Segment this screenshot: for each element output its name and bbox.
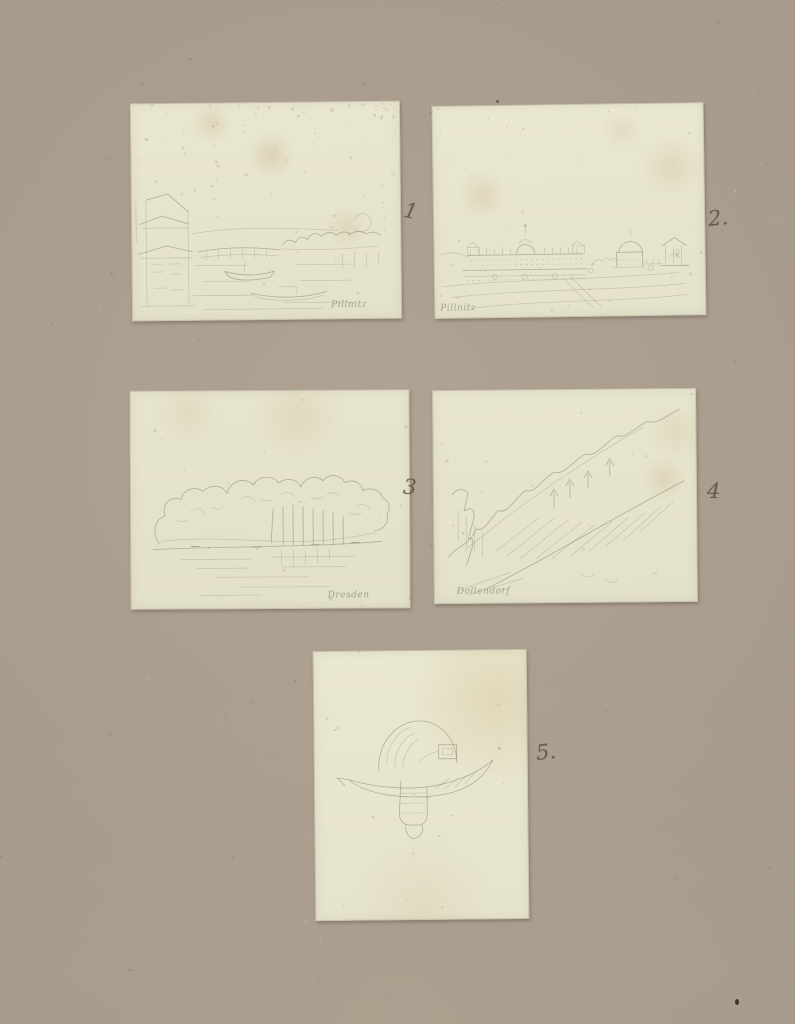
sketch-sheet-3: Dresden bbox=[129, 389, 410, 609]
sketch-2-number: 2. bbox=[707, 207, 729, 230]
sketch-3-caption: Dresden bbox=[328, 591, 370, 600]
sketch-2-caption: Pillnitz bbox=[440, 304, 476, 313]
sketch-sheet-5 bbox=[313, 649, 530, 921]
sketch-1-number: 1 bbox=[402, 200, 419, 223]
sketch-sheet-2: Pillnitz bbox=[432, 102, 707, 319]
sketch-4-drawing bbox=[433, 389, 697, 603]
sketch-4-caption: Dollendorf bbox=[457, 587, 510, 596]
sketch-1-drawing bbox=[131, 102, 401, 321]
sketch-sheet-1: Pillnitz bbox=[130, 101, 402, 322]
album-board: Pillnitz bbox=[0, 0, 795, 1024]
sketch-5-number: 5. bbox=[535, 741, 557, 764]
sketch-3-drawing bbox=[130, 390, 409, 608]
sketch-2-drawing bbox=[433, 103, 706, 318]
sketch-4-number: 4 bbox=[707, 481, 721, 502]
ink-speck bbox=[735, 999, 739, 1005]
sketch-1-caption: Pillnitz bbox=[331, 301, 367, 310]
sketch-sheet-4: Dollendorf bbox=[432, 388, 698, 604]
sketch-3-number: 3 bbox=[402, 477, 417, 499]
pencil-speck bbox=[496, 100, 499, 103]
sketch-5-drawing bbox=[314, 650, 529, 920]
